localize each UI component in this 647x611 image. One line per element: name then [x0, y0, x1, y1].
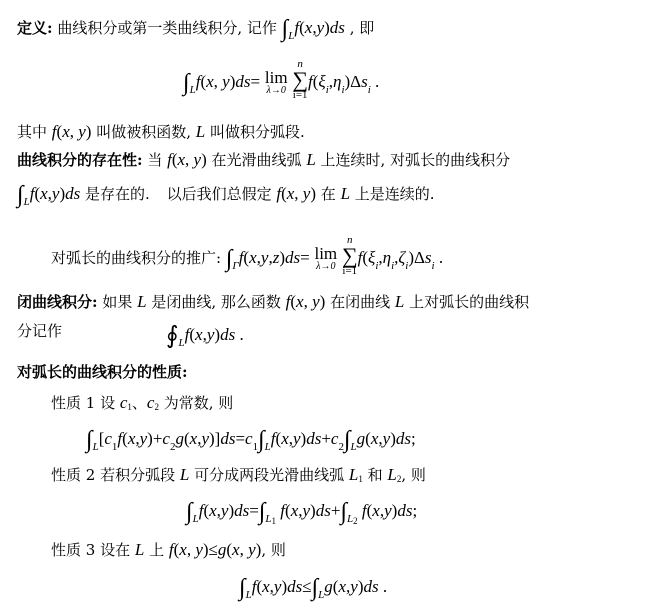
existence-label: 曲线积分的存在性: [17, 151, 143, 169]
closed-text2: 分记作 [17, 322, 62, 340]
property-1-line: 性质 1 设 c1、c2 为常数, 则 [51, 394, 233, 411]
definition-notation: ∫Lf(x,y)ds [282, 19, 345, 37]
definition-label: 定义: [17, 19, 53, 37]
closed-line-2: 分记作 [17, 324, 62, 339]
names-line: 其中 f(x, y) 叫做被积函数, L 叫做积分弧段. [17, 123, 305, 140]
closed-formula: ∮Lf(x,y)ds . [166, 321, 244, 345]
closed-label: 闭曲线积分: [17, 293, 98, 311]
property-2-formula: ∫Lf(x,y)ds=∫L1 f(x,y)ds+∫L2 f(x,y)ds; [186, 497, 417, 521]
property-3-formula: ∫Lf(x,y)ds≤∫Lg(x,y)ds . [239, 573, 387, 597]
property-2-line: 性质 2 若积分弧段 L 可分成两段光滑曲线弧 L1 和 L2, 则 [51, 466, 426, 483]
definition-text: 曲线积分或第一类曲线积分, 记作 [57, 19, 277, 37]
extension-label: 对弧长的曲线积分的推广: [51, 249, 221, 267]
existence-line-2: ∫Lf(x,y)ds 是存在的. 以后我们总假定 f(x, y) 在 L 上是连… [17, 180, 435, 204]
closed-line-1: 闭曲线积分: 如果 L 是闭曲线, 那么函数 f(x, y) 在闭曲线 L 上对… [17, 293, 529, 310]
property-3-line: 性质 3 设在 L 上 f(x, y)≤g(x, y), 则 [51, 541, 286, 558]
property-1-formula: ∫L[c1f(x,y)+c2g(x,y)]ds=c1∫Lf(x,y)ds+c2∫… [86, 425, 416, 449]
definition-line: 定义: 曲线积分或第一类曲线积分, 记作 ∫Lf(x,y)ds , 即 [17, 14, 374, 38]
extension-line: 对弧长的曲线积分的推广: ∫Γf(x,y,z)ds= limλ→0 n∑i=1f… [51, 238, 443, 280]
existence-line-1: 曲线积分的存在性: 当 f(x, y) 在光滑曲线弧 L 上连续时, 对弧长的曲… [17, 151, 510, 168]
definition-formula: ∫Lf(x, y)ds= limλ→0 n∑i=1f(ξi,ηi)Δsi . [183, 62, 379, 104]
properties-heading: 对弧长的曲线积分的性质: [17, 365, 188, 380]
definition-suffix: , 即 [350, 19, 375, 37]
